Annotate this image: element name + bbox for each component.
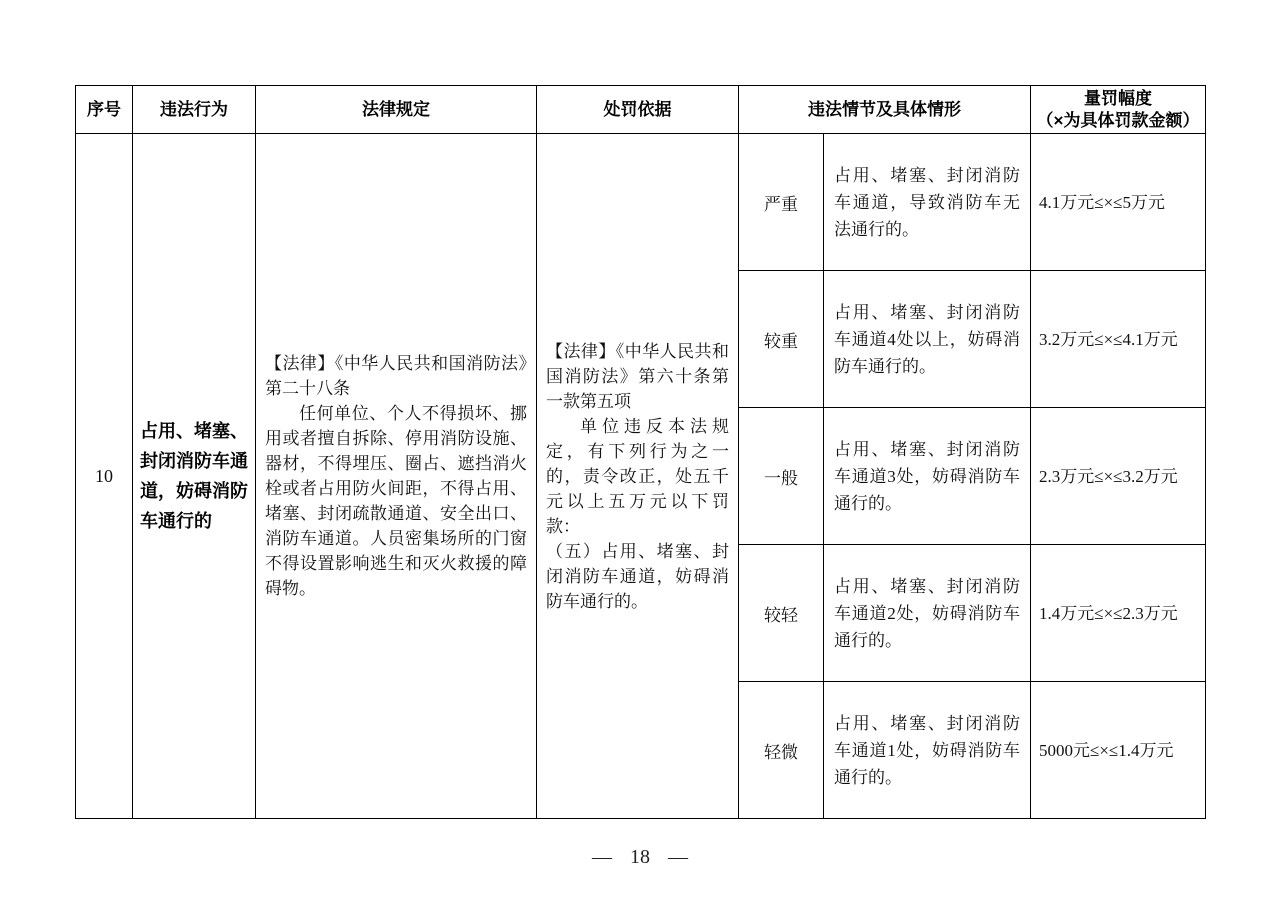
cell-severity: 一般 xyxy=(739,408,824,545)
cell-situation: 占用、堵塞、封闭消防车通道2处，妨碍消防车通行的。 xyxy=(824,545,1031,682)
cell-penalty-basis: 【法律】《中华人民共和国消防法》第六十条第一款第五项 单位违反本法规定，有下列行… xyxy=(537,134,739,819)
cell-situation: 占用、堵塞、封闭消防车通道1处，妨碍消防车通行的。 xyxy=(824,682,1031,819)
document-page: 序号 违法行为 法律规定 处罚依据 违法情节及具体情形 量罚幅度 （×为具体罚款… xyxy=(0,0,1280,905)
cell-violation: 占用、堵塞、封闭消防车通道，妨碍消防车通行的 xyxy=(133,134,256,819)
cell-severity: 较重 xyxy=(739,271,824,408)
cell-legal-provision: 【法律】《中华人民共和国消防法》第二十八条 任何单位、个人不得损坏、挪用或者擅自… xyxy=(256,134,537,819)
col-header-penalty-range: 量罚幅度 （×为具体罚款金额） xyxy=(1031,86,1206,134)
penalty-range-header-line1: 量罚幅度 xyxy=(1031,88,1205,110)
table-header-row: 序号 违法行为 法律规定 处罚依据 违法情节及具体情形 量罚幅度 （×为具体罚款… xyxy=(76,86,1206,134)
cell-situation: 占用、堵塞、封闭消防车通道，导致消防车无法通行的。 xyxy=(824,134,1031,271)
cell-penalty-range: 2.3万元≤×≤3.2万元 xyxy=(1031,408,1206,545)
footer-dash-left: — xyxy=(592,846,612,868)
cell-severity: 较轻 xyxy=(739,545,824,682)
col-header-index: 序号 xyxy=(76,86,133,134)
legal-provision-citation: 【法律】《中华人民共和国消防法》第二十八条 xyxy=(265,351,527,401)
cell-severity: 轻微 xyxy=(739,682,824,819)
footer-page-number: 18 xyxy=(630,846,650,868)
cell-situation: 占用、堵塞、封闭消防车通道3处，妨碍消防车通行的。 xyxy=(824,408,1031,545)
cell-index: 10 xyxy=(76,134,133,819)
col-header-penalty-basis: 处罚依据 xyxy=(537,86,739,134)
penalty-table: 序号 违法行为 法律规定 处罚依据 违法情节及具体情形 量罚幅度 （×为具体罚款… xyxy=(75,85,1206,819)
footer-dash-right: — xyxy=(668,846,688,868)
cell-severity: 严重 xyxy=(739,134,824,271)
page-footer: —18— xyxy=(0,846,1280,869)
col-header-legal-provision: 法律规定 xyxy=(256,86,537,134)
legal-provision-body: 任何单位、个人不得损坏、挪用或者擅自拆除、停用消防设施、器材，不得埋压、圈占、遮… xyxy=(265,401,527,601)
cell-penalty-range: 4.1万元≤×≤5万元 xyxy=(1031,134,1206,271)
penalty-basis-body: 单位违反本法规定，有下列行为之一的，责令改正，处五千元以上五万元以下罚款： xyxy=(546,414,729,539)
col-header-violation: 违法行为 xyxy=(133,86,256,134)
cell-penalty-range: 5000元≤×≤1.4万元 xyxy=(1031,682,1206,819)
penalty-basis-citation: 【法律】《中华人民共和国消防法》第六十条第一款第五项 xyxy=(546,339,729,414)
cell-penalty-range: 1.4万元≤×≤2.3万元 xyxy=(1031,545,1206,682)
cell-situation: 占用、堵塞、封闭消防车通道4处以上，妨碍消防车通行的。 xyxy=(824,271,1031,408)
table-row: 10 占用、堵塞、封闭消防车通道，妨碍消防车通行的 【法律】《中华人民共和国消防… xyxy=(76,134,1206,271)
col-header-circumstances: 违法情节及具体情形 xyxy=(739,86,1031,134)
penalty-range-header-line2: （×为具体罚款金额） xyxy=(1031,110,1205,132)
cell-penalty-range: 3.2万元≤×≤4.1万元 xyxy=(1031,271,1206,408)
penalty-basis-item: （五）占用、堵塞、封闭消防车通道，妨碍消防车通行的。 xyxy=(546,539,729,614)
